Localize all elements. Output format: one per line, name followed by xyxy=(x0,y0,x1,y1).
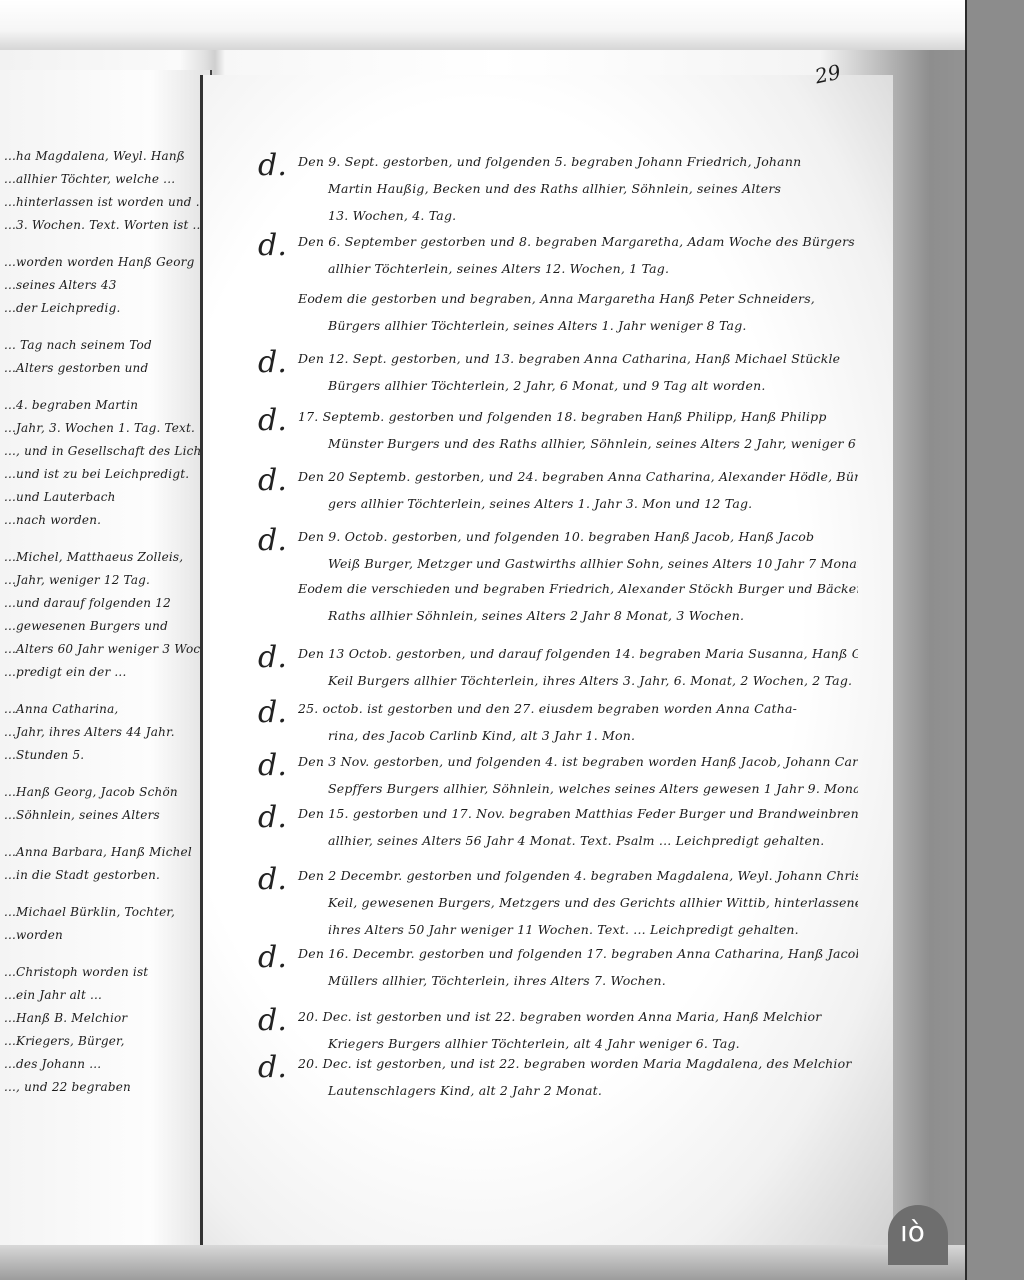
left-page-line: ...Jahr, 3. Wochen 1. Tag. Text. xyxy=(4,417,204,439)
entry-line: Den 15. gestorben und 17. Nov. begraben … xyxy=(258,800,858,827)
register-entry: d.Den 20 Septemb. gestorben, und 24. beg… xyxy=(258,463,858,517)
entry-marker-glyph: d. xyxy=(258,940,287,976)
entry-line: Weiß Burger, Metzger und Gastwirths allh… xyxy=(258,550,858,577)
register-entry: d.Den 6. September gestorben und 8. begr… xyxy=(258,228,858,282)
left-page-line: ...Hanß Georg, Jacob Schön xyxy=(4,781,204,803)
register-entry: d.20. Dec. ist gestorben, und ist 22. be… xyxy=(258,1050,858,1104)
register-entry: d.17. Septemb. gestorben und folgenden 1… xyxy=(258,403,858,457)
left-page-line: ...allhier Töchter, welche ... xyxy=(4,168,204,190)
entry-line: Sepffers Burgers allhier, Söhnlein, welc… xyxy=(258,775,858,802)
register-entry: d.25. octob. ist gestorben und den 27. e… xyxy=(258,695,858,749)
left-page-line: ...ha Magdalena, Weyl. Hanß xyxy=(4,145,204,167)
entry-line: gers allhier Töchterlein, seines Alters … xyxy=(258,490,858,517)
entry-marker-glyph: d. xyxy=(258,1003,287,1039)
register-entry: d.Den 2 Decembr. gestorben und folgenden… xyxy=(258,862,858,943)
left-page-line: ...Jahr, weniger 12 Tag. xyxy=(4,569,204,591)
entry-line: Müllers allhier, Töchterlein, ihres Alte… xyxy=(258,967,858,994)
left-page-line: ..., und in Gesellschaft des Lichts xyxy=(4,440,204,462)
left-page-line: ...und darauf folgenden 12 xyxy=(4,592,204,614)
left-page-line: ...Jahr, ihres Alters 44 Jahr. xyxy=(4,721,204,743)
left-page: ...ha Magdalena, Weyl. Hanß...allhier Tö… xyxy=(0,70,212,1260)
register-entry: d.Den 3 Nov. gestorben, und folgenden 4.… xyxy=(258,748,858,802)
left-page-line: ...seines Alters 43 xyxy=(4,274,204,296)
entry-marker-glyph: d. xyxy=(258,640,287,676)
entry-line: 25. octob. ist gestorben und den 27. eiu… xyxy=(258,695,858,722)
left-page-line: ...Alters gestorben und xyxy=(4,357,204,379)
left-page-line: ... Tag nach seinem Tod xyxy=(4,334,204,356)
left-page-line: ...und Lauterbach xyxy=(4,486,204,508)
entry-line: Martin Haußig, Becken und des Raths allh… xyxy=(258,175,858,202)
entry-line: Den 9. Sept. gestorben, und folgenden 5.… xyxy=(258,148,858,175)
register-entry: d.Den 12. Sept. gestorben, und 13. begra… xyxy=(258,345,858,399)
left-page-line: ...predigt ein der ... xyxy=(4,661,204,683)
entry-line: Keil Burgers allhier Töchterlein, ihres … xyxy=(258,667,858,694)
register-entry: d.20. Dec. ist gestorben und ist 22. beg… xyxy=(258,1003,858,1057)
left-page-line: ...und ist zu bei Leichpredigt. xyxy=(4,463,204,485)
left-page-line: ...hinterlassen ist worden und ... xyxy=(4,191,204,213)
left-page-line: ..., und 22 begraben xyxy=(4,1076,204,1098)
entry-line: Münster Burgers und des Raths allhier, S… xyxy=(258,430,858,457)
entry-line: Eodem die verschieden und begraben Fried… xyxy=(258,575,858,602)
left-page-line: ...Anna Barbara, Hanß Michel xyxy=(4,841,204,863)
entry-marker-glyph: d. xyxy=(258,1050,287,1086)
bottom-shadow xyxy=(0,1245,965,1280)
entry-line: 20. Dec. ist gestorben und ist 22. begra… xyxy=(258,1003,858,1030)
entry-line: 17. Septemb. gestorben und folgenden 18.… xyxy=(258,403,858,430)
left-page-line: ...Söhnlein, seines Alters xyxy=(4,804,204,826)
left-page-line: ...ein Jahr alt ... xyxy=(4,984,204,1006)
left-page-line: ...in die Stadt gestorben. xyxy=(4,864,204,886)
entry-line: Den 13 Octob. gestorben, und darauf folg… xyxy=(258,640,858,667)
left-page-line: ...Kriegers, Bürger, xyxy=(4,1030,204,1052)
register-entry: Eodem die verschieden und begraben Fried… xyxy=(258,575,858,629)
register-entry: d.Den 16. Decembr. gestorben und folgend… xyxy=(258,940,858,994)
scanner-board-edge xyxy=(965,0,1024,1280)
register-entry: d.Den 13 Octob. gestorben, und darauf fo… xyxy=(258,640,858,694)
entry-line: 20. Dec. ist gestorben, und ist 22. begr… xyxy=(258,1050,858,1077)
register-entry: d.Den 9. Sept. gestorben, und folgenden … xyxy=(258,148,858,229)
entry-line: Den 3 Nov. gestorben, und folgenden 4. i… xyxy=(258,748,858,775)
entry-line: Den 9. Octob. gestorben, und folgenden 1… xyxy=(258,523,858,550)
entry-line: Den 12. Sept. gestorben, und 13. begrabe… xyxy=(258,345,858,372)
left-page-line: ...der Leichpredig. xyxy=(4,297,204,319)
entry-line: Den 2 Decembr. gestorben und folgenden 4… xyxy=(258,862,858,889)
entry-line: 13. Wochen, 4. Tag. xyxy=(258,202,858,229)
top-margin-strip xyxy=(0,0,965,50)
entry-line: Keil, gewesenen Burgers, Metzgers und de… xyxy=(258,889,858,916)
entry-marker-glyph: d. xyxy=(258,403,287,439)
entry-line: ihres Alters 50 Jahr weniger 11 Wochen. … xyxy=(258,916,858,943)
left-page-line: ...nach worden. xyxy=(4,509,204,531)
register-entry: Eodem die gestorben und begraben, Anna M… xyxy=(258,285,858,339)
left-page-line: ...des Johann ... xyxy=(4,1053,204,1075)
entry-line: Raths allhier Söhnlein, seines Alters 2 … xyxy=(258,602,858,629)
left-page-line: ...Anna Catharina, xyxy=(4,698,204,720)
register-entry: d.Den 9. Octob. gestorben, und folgenden… xyxy=(258,523,858,577)
left-page-line: ...worden worden Hanß Georg xyxy=(4,251,204,273)
entry-line: Den 20 Septemb. gestorben, und 24. begra… xyxy=(258,463,858,490)
entry-line: Bürgers allhier Töchterlein, 2 Jahr, 6 M… xyxy=(258,372,858,399)
left-page-line: ...Hanß B. Melchior xyxy=(4,1007,204,1029)
entry-marker-glyph: d. xyxy=(258,800,287,836)
left-page-line: ...Stunden 5. xyxy=(4,744,204,766)
corner-tab-glyph: ıò xyxy=(900,1215,925,1248)
entry-marker-glyph: d. xyxy=(258,523,287,559)
entry-marker-glyph: d. xyxy=(258,463,287,499)
entry-line: allhier, seines Alters 56 Jahr 4 Monat. … xyxy=(258,827,858,854)
left-page-line: ...worden xyxy=(4,924,204,946)
left-page-line: ...Christoph worden ist xyxy=(4,961,204,983)
entry-marker-glyph: d. xyxy=(258,748,287,784)
entry-line: Den 16. Decembr. gestorben und folgenden… xyxy=(258,940,858,967)
entry-line: Lautenschlagers Kind, alt 2 Jahr 2 Monat… xyxy=(258,1077,858,1104)
left-page-line: ...3. Wochen. Text. Worten ist ... xyxy=(4,214,204,236)
entry-marker-glyph: d. xyxy=(258,862,287,898)
entry-line: Bürgers allhier Töchterlein, seines Alte… xyxy=(258,312,858,339)
left-page-line: ...Michel, Matthaeus Zolleis, xyxy=(4,546,204,568)
entry-marker-glyph: d. xyxy=(258,695,287,731)
entry-marker-glyph: d. xyxy=(258,228,287,264)
entry-line: rina, des Jacob Carlinb Kind, alt 3 Jahr… xyxy=(258,722,858,749)
entry-marker-glyph: d. xyxy=(258,148,287,184)
entry-line: allhier Töchterlein, seines Alters 12. W… xyxy=(258,255,858,282)
entry-line: Den 6. September gestorben und 8. begrab… xyxy=(258,228,858,255)
register-entry: d.Den 15. gestorben und 17. Nov. begrabe… xyxy=(258,800,858,854)
left-page-line: ...4. begraben Martin xyxy=(4,394,204,416)
left-page-line: ...gewesenen Burgers und xyxy=(4,615,204,637)
entry-line: Eodem die gestorben und begraben, Anna M… xyxy=(258,285,858,312)
entry-marker-glyph: d. xyxy=(258,345,287,381)
left-page-line: ...Alters 60 Jahr weniger 3 Wochen. xyxy=(4,638,204,660)
left-page-line: ...Michael Bürklin, Tochter, xyxy=(4,901,204,923)
